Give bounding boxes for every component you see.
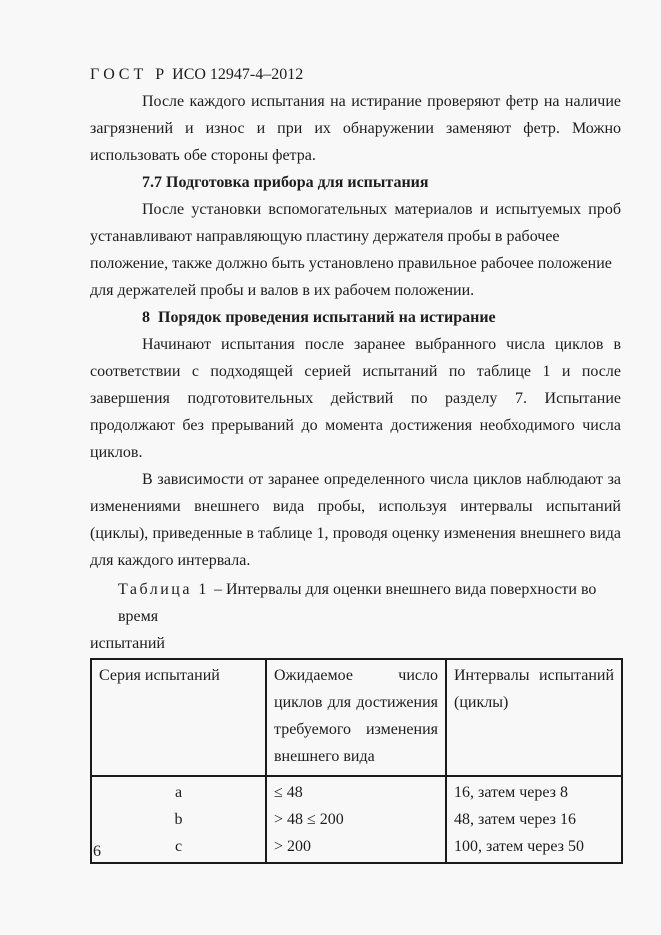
paragraph-line: завершения подготовительных действий по … [90, 385, 621, 412]
paragraph-line: циклов. [90, 439, 621, 466]
table-cell-text: b [99, 806, 258, 833]
table-cell-series: a b c [91, 776, 266, 863]
paragraph-line: В зависимости от заранее определенного ч… [90, 466, 621, 493]
table-caption-line: Таблица 1– Интервалы для оценки внешнего… [90, 576, 621, 630]
table-cell-text: c [99, 833, 258, 860]
table-header-text: Ожидаемое число [274, 662, 438, 689]
paragraph-line: загрязнений и износ и при их обнаружении… [90, 115, 621, 142]
paragraph-line: устанавливают направляющую пластину держ… [90, 223, 621, 250]
table-caption-label: Таблица 1 [118, 581, 209, 598]
paragraph-line: для держателей пробы и валов в их рабоче… [90, 277, 621, 304]
table-cell-text: a [99, 779, 258, 806]
table-header-text: внешнего вида [274, 743, 438, 770]
table-caption-line: испытаний [90, 630, 621, 657]
document-page: Г О С Т Р ИСО 12947-4–2012 После каждого… [0, 0, 661, 935]
table-cell-text: 16, затем через 8 [454, 779, 614, 806]
paragraph-felt: После каждого испытания на истирание про… [90, 88, 621, 169]
table-body-row: a b c ≤ 48 > 48 ≤ 200 > 200 16, затем че… [91, 776, 622, 863]
section-heading-8: 8 Порядок проведения испытаний на истира… [90, 304, 621, 331]
document-content: Г О С Т Р ИСО 12947-4–2012 После каждого… [90, 61, 621, 864]
paragraph-line: продолжают без прерываний до момента дос… [90, 412, 621, 439]
paragraph-order: Начинают испытания после заранее выбранн… [90, 331, 621, 466]
paragraph-line: для каждого интервала. [90, 547, 621, 574]
table-header-text: требуемого изменения [274, 716, 438, 743]
doc-number: Г О С Т Р ИСО 12947-4–2012 [90, 61, 621, 88]
table-cell-intervals: 16, затем через 8 48, затем через 16 100… [446, 776, 622, 863]
table-header-text: (циклы) [454, 689, 614, 716]
paragraph-line: После установки вспомогательных материал… [90, 196, 621, 223]
table-header-row: Серия испытаний Ожидаемое число циклов д… [91, 659, 622, 776]
table-cell-text: 100, затем через 50 [454, 833, 614, 860]
paragraph-line: использовать обе стороны фетра. [90, 142, 621, 169]
table-cell-text: > 200 [274, 833, 438, 860]
table-header-cell-intervals: Интервалы испытаний (циклы) [446, 659, 622, 776]
paragraph-line: Начинают испытания после заранее выбранн… [90, 331, 621, 358]
table-cell-text: > 48 ≤ 200 [274, 806, 438, 833]
section-heading-7-7: 7.7 Подготовка прибора для испытания [90, 169, 621, 196]
table-cell-text: 48, затем через 16 [454, 806, 614, 833]
table-cell-text: ≤ 48 [274, 779, 438, 806]
paragraph-line: изменениями внешнего вида пробы, использ… [90, 493, 621, 520]
table-header-cell-cycles: Ожидаемое число циклов для достижения тр… [266, 659, 446, 776]
paragraph-line: После каждого испытания на истирание про… [90, 88, 621, 115]
paragraph-line: положение, также должно быть установлено… [90, 250, 621, 277]
table-1: Серия испытаний Ожидаемое число циклов д… [90, 658, 623, 864]
paragraph-prep: После установки вспомогательных материал… [90, 196, 621, 304]
table-cell-cycles: ≤ 48 > 48 ≤ 200 > 200 [266, 776, 446, 863]
table-header-cell-series: Серия испытаний [91, 659, 266, 776]
table-header-text: циклов для достижения [274, 689, 438, 716]
table-caption: Таблица 1– Интервалы для оценки внешнего… [90, 576, 621, 657]
table-header-text: Интервалы испытаний [454, 662, 614, 689]
table-header-text: Серия испытаний [99, 662, 258, 689]
paragraph-line: соответствии с подходящей серией испытан… [90, 358, 621, 385]
page-number: 6 [93, 838, 101, 865]
paragraph-observe: В зависимости от заранее определенного ч… [90, 466, 621, 574]
paragraph-line: (циклы), приведенные в таблице 1, провод… [90, 520, 621, 547]
